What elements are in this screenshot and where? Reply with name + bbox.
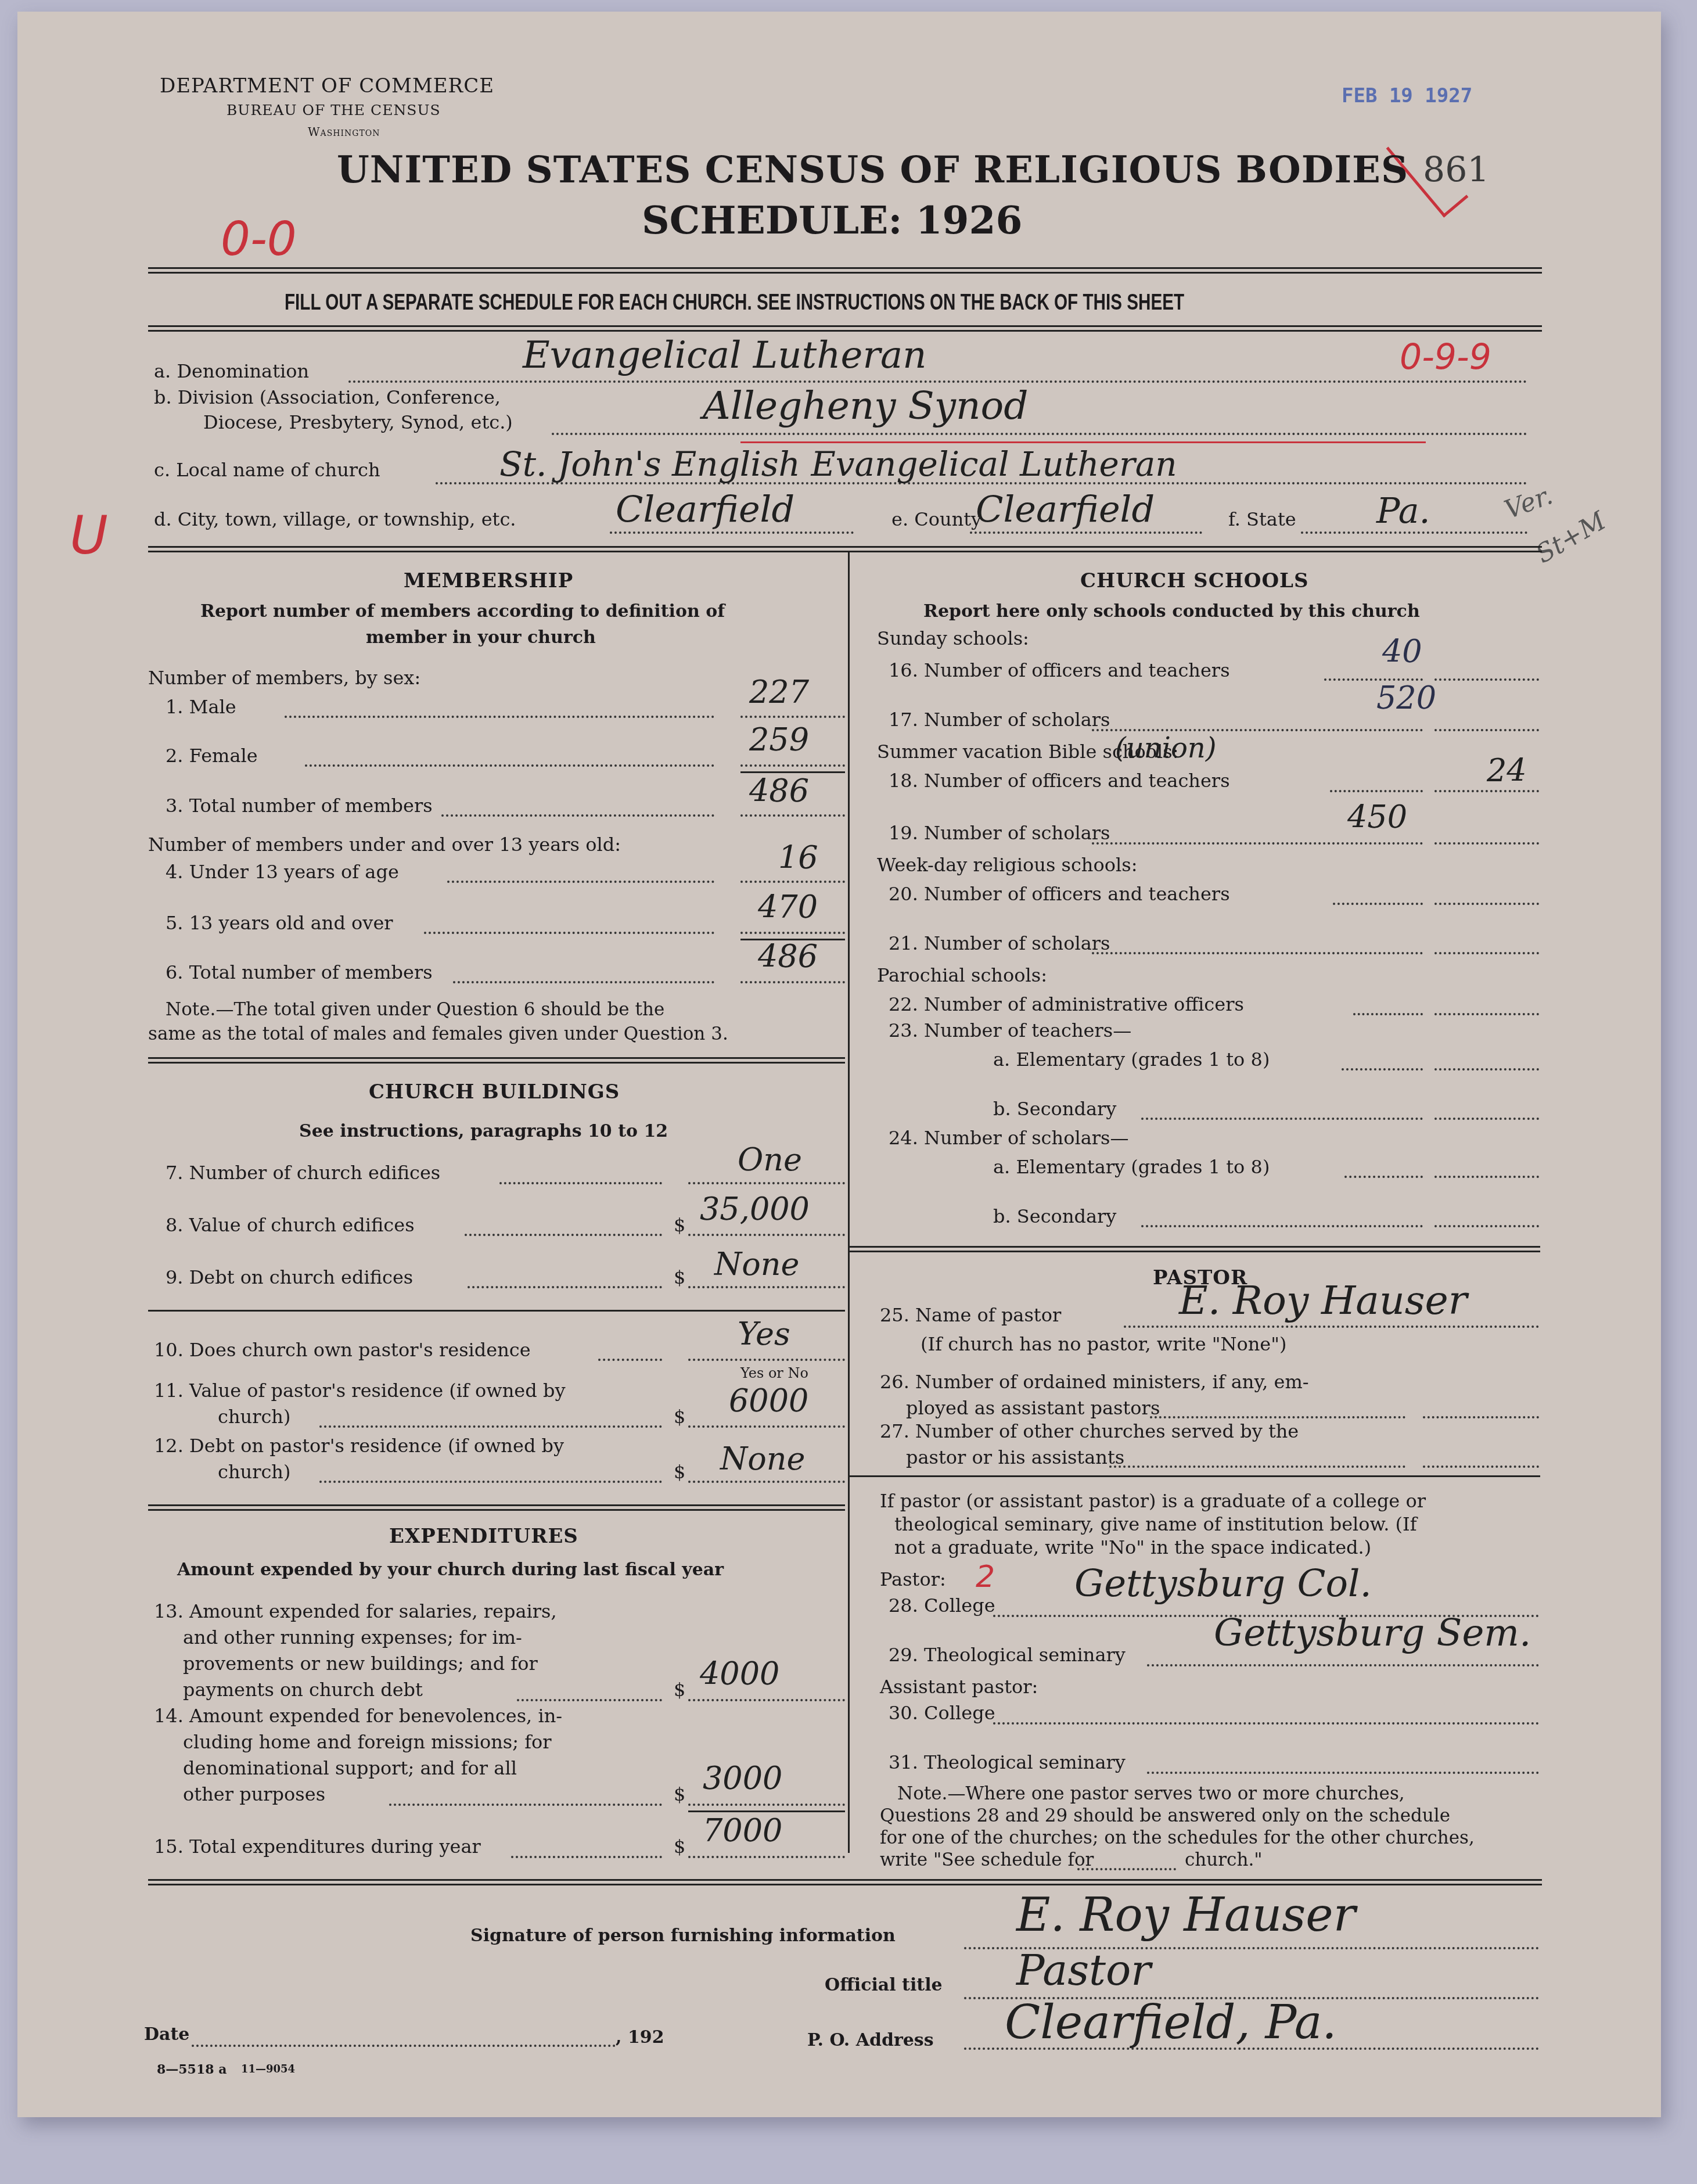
assistant-ministers-label-1: 26. Number of ordained ministers, if any… bbox=[880, 1371, 1309, 1393]
county-field[interactable]: Clearfield bbox=[976, 488, 1155, 530]
over-13-line bbox=[424, 932, 714, 934]
weekday-schools-label: Week-day religious schools: bbox=[877, 854, 1137, 876]
pastor-note-5: church." bbox=[1185, 1849, 1263, 1870]
residence-debt-value-line bbox=[688, 1481, 845, 1483]
over-13-value-line bbox=[740, 932, 845, 934]
assistant-seminary-field[interactable] bbox=[1147, 1772, 1539, 1774]
pastor-subsection-label: Pastor: bbox=[880, 1568, 946, 1590]
edifices-count-label: 7. Number of church edifices bbox=[166, 1162, 440, 1184]
state-line bbox=[1301, 531, 1527, 534]
pencil-margin-note-1: Ver. bbox=[1501, 480, 1556, 525]
running-expenses-label-2: and other running expenses; for im- bbox=[183, 1626, 522, 1648]
edifices-count-value-line bbox=[688, 1182, 845, 1184]
edifices-value-value-line bbox=[688, 1234, 845, 1236]
buildings-mid-divider bbox=[148, 1310, 845, 1312]
date-year-prefix: , 192 bbox=[616, 2027, 664, 2047]
scholars-elementary-value-field[interactable] bbox=[1434, 1176, 1539, 1178]
currency-symbol: $ bbox=[674, 1266, 685, 1288]
under-13-line bbox=[447, 881, 714, 883]
county-label: e. County bbox=[891, 508, 981, 530]
denomination-line bbox=[348, 380, 1527, 383]
benevolences-label-4: other purposes bbox=[183, 1783, 325, 1805]
weekday-scholars-field[interactable] bbox=[1092, 952, 1423, 954]
teachers-secondary-value-field[interactable] bbox=[1434, 1118, 1539, 1120]
expenditures-subheading: Amount expended by your church during la… bbox=[177, 1560, 724, 1580]
edifices-count-line bbox=[499, 1182, 662, 1184]
other-churches-label-1: 27. Number of other churches served by t… bbox=[880, 1420, 1299, 1442]
summer-teachers-label: 18. Number of officers and teachers bbox=[889, 770, 1230, 792]
weekday-teachers-label: 20. Number of officers and teachers bbox=[889, 883, 1230, 905]
teachers-elementary-field[interactable] bbox=[1342, 1068, 1423, 1071]
currency-symbol: $ bbox=[674, 1406, 685, 1428]
buildings-divider bbox=[148, 1504, 845, 1511]
summer-scholars-field[interactable]: 450 bbox=[1347, 799, 1407, 835]
membership-heading: MEMBERSHIP bbox=[404, 569, 573, 592]
date-field[interactable] bbox=[192, 2045, 616, 2047]
currency-symbol: $ bbox=[674, 1679, 685, 1701]
other-churches-label-2: pastor or his assistants bbox=[906, 1446, 1124, 1468]
pastor-name-field[interactable]: E. Roy Hauser bbox=[1179, 1278, 1467, 1324]
running-expenses-label-4: payments on church debt bbox=[183, 1679, 423, 1701]
sunday-schools-label: Sunday schools: bbox=[877, 627, 1029, 649]
signature-field[interactable]: E. Roy Hauser bbox=[1016, 1888, 1356, 1942]
owns-residence-label: 10. Does church own pastor's residence bbox=[154, 1339, 531, 1361]
date-label: Date bbox=[144, 2024, 189, 2045]
assistant-ministers-value-field[interactable] bbox=[1423, 1416, 1539, 1418]
signature-label: Signature of person furnishing informati… bbox=[470, 1926, 896, 1946]
sunday-scholars-field[interactable]: 520 bbox=[1376, 680, 1436, 716]
division-label-1: b. Division (Association, Conference, bbox=[154, 386, 501, 408]
po-address-label: P. O. Address bbox=[807, 2030, 934, 2050]
total-members-value-line bbox=[740, 814, 845, 817]
currency-symbol: $ bbox=[674, 1835, 685, 1858]
parochial-teachers-label: 23. Number of teachers— bbox=[889, 1019, 1131, 1041]
assistant-ministers-field[interactable] bbox=[1150, 1416, 1405, 1418]
division-field[interactable]: Allegheny Synod bbox=[703, 383, 1029, 428]
division-label-2: Diocese, Presbytery, Synod, etc.) bbox=[203, 411, 513, 433]
census-schedule-sheet: DEPARTMENT OF COMMERCE BUREAU OF THE CEN… bbox=[17, 12, 1661, 2117]
summer-scholars-line bbox=[1092, 842, 1423, 845]
edifices-debt-field[interactable]: None bbox=[714, 1246, 800, 1283]
assistant-ministers-label-2: ployed as assistant pastors bbox=[906, 1397, 1160, 1419]
pastor-note-3: for one of the churches; on the schedule… bbox=[880, 1827, 1475, 1848]
schools-heading: CHURCH SCHOOLS bbox=[1080, 569, 1309, 592]
pastor-name-line bbox=[1124, 1326, 1539, 1328]
official-title-label: Official title bbox=[825, 1975, 943, 1995]
running-expenses-field[interactable]: 4000 bbox=[700, 1655, 779, 1692]
state-label: f. State bbox=[1228, 508, 1296, 530]
edifices-value-line bbox=[465, 1234, 662, 1236]
expenditures-heading: EXPENDITURES bbox=[389, 1525, 578, 1548]
assistant-college-field[interactable] bbox=[993, 1722, 1539, 1725]
total-members-field[interactable]: 486 bbox=[749, 773, 809, 809]
church-name-field[interactable]: St. John's English Evangelical Lutheran bbox=[499, 444, 1177, 484]
bureau-name: BUREAU OF THE CENSUS bbox=[226, 102, 441, 118]
residence-value-label-2: church) bbox=[218, 1406, 290, 1428]
schools-subheading: Report here only schools conducted by th… bbox=[923, 601, 1420, 622]
by-sex-label: Number of members, by sex: bbox=[148, 667, 420, 689]
header-divider bbox=[148, 267, 1542, 274]
scholars-elementary-label: a. Elementary (grades 1 to 8) bbox=[993, 1156, 1270, 1178]
summer-teachers-line bbox=[1330, 790, 1423, 792]
po-address-field[interactable]: Clearfield, Pa. bbox=[1005, 1995, 1337, 2049]
edifices-value-field[interactable]: 35,000 bbox=[700, 1191, 810, 1227]
buildings-subheading: See instructions, paragraphs 10 to 12 bbox=[299, 1121, 668, 1141]
red-pastor-code: 2 bbox=[976, 1560, 995, 1594]
sunday-teachers-label: 16. Number of officers and teachers bbox=[889, 659, 1230, 681]
owns-residence-field[interactable]: Yes bbox=[738, 1316, 790, 1352]
assistant-pastor-label: Assistant pastor: bbox=[880, 1676, 1038, 1698]
under-13-label: 4. Under 13 years of age bbox=[166, 861, 399, 883]
total-members-2-line bbox=[453, 981, 714, 983]
benevolences-label-3: denominational support; and for all bbox=[183, 1757, 517, 1779]
print-number: 11—9054 bbox=[241, 2063, 295, 2075]
graduate-note-3: not a graduate, write "No" in the space … bbox=[894, 1536, 1371, 1558]
male-count-field[interactable]: 227 bbox=[749, 674, 809, 710]
total-members-2-field[interactable]: 486 bbox=[758, 938, 818, 975]
over-13-field[interactable]: 470 bbox=[758, 889, 818, 925]
membership-subheading-2: member in your church bbox=[366, 627, 596, 648]
edifices-value-label: 8. Value of church edifices bbox=[166, 1214, 415, 1236]
red-annotation-code: 0-0 bbox=[221, 212, 297, 266]
identification-divider bbox=[148, 546, 1542, 552]
summer-teachers-value-line bbox=[1434, 790, 1539, 792]
membership-note-2: same as the total of males and females g… bbox=[148, 1023, 728, 1044]
red-underline bbox=[740, 441, 1426, 443]
state-field[interactable]: Pa. bbox=[1376, 491, 1430, 531]
pastor-seminary-label: 29. Theological seminary bbox=[889, 1644, 1126, 1666]
admin-officers-value-field[interactable] bbox=[1434, 1013, 1539, 1015]
weekday-scholars-label: 21. Number of scholars bbox=[889, 932, 1110, 954]
fill-out-instruction: FILL OUT A SEPARATE SCHEDULE FOR EACH CH… bbox=[285, 290, 1184, 315]
pastor-college-label: 28. College bbox=[889, 1594, 995, 1617]
benevolences-label-2: cluding home and foreign missions; for bbox=[183, 1731, 552, 1753]
pastor-seminary-line bbox=[1147, 1664, 1539, 1666]
owns-residence-value-line bbox=[688, 1359, 845, 1361]
edifices-debt-value-line bbox=[688, 1286, 845, 1288]
sunday-scholars-line bbox=[1092, 729, 1423, 731]
total-members-label: 3. Total number of members bbox=[166, 795, 433, 817]
sunday-scholars-label: 17. Number of scholars bbox=[889, 709, 1110, 731]
total-expenditures-label: 15. Total expenditures during year bbox=[154, 1835, 481, 1858]
pastor-seminary-field[interactable]: Gettysburg Sem. bbox=[1214, 1612, 1531, 1655]
male-value-line bbox=[740, 716, 845, 718]
total-expenditures-value-line bbox=[688, 1856, 845, 1858]
pastor-mid-divider bbox=[849, 1475, 1540, 1477]
residence-value-value-line bbox=[688, 1425, 845, 1428]
scholars-secondary-label: b. Secondary bbox=[993, 1205, 1116, 1227]
male-label: 1. Male bbox=[166, 696, 236, 718]
under-13-value-line bbox=[740, 881, 845, 883]
male-line bbox=[285, 716, 714, 718]
female-value-line bbox=[740, 764, 845, 767]
denomination-label: a. Denomination bbox=[154, 360, 309, 382]
schools-divider bbox=[849, 1246, 1540, 1252]
benevolences-value-line bbox=[688, 1804, 845, 1806]
summer-scholars-label: 19. Number of scholars bbox=[889, 822, 1110, 844]
total-expenditures-line bbox=[511, 1856, 662, 1858]
denomination-field[interactable]: Evangelical Lutheran bbox=[523, 334, 926, 377]
female-count-field[interactable]: 259 bbox=[749, 721, 809, 758]
graduate-note-2: theological seminary, give name of insti… bbox=[894, 1513, 1417, 1535]
division-line bbox=[552, 433, 1527, 435]
edifices-debt-line bbox=[468, 1286, 662, 1288]
scholars-secondary-field[interactable] bbox=[1141, 1225, 1423, 1227]
red-margin-mark: U bbox=[70, 505, 108, 566]
total-members-2-label: 6. Total number of members bbox=[166, 961, 433, 983]
department-name: DEPARTMENT OF COMMERCE bbox=[160, 74, 494, 98]
other-churches-value-field[interactable] bbox=[1423, 1465, 1539, 1468]
scholars-elementary-field[interactable] bbox=[1344, 1176, 1423, 1178]
assistant-seminary-label: 31. Theological seminary bbox=[889, 1751, 1126, 1773]
female-label: 2. Female bbox=[166, 745, 258, 767]
benevolences-label-1: 14. Amount expended for benevolences, in… bbox=[154, 1705, 562, 1727]
running-expenses-value-line bbox=[688, 1699, 845, 1701]
under-13-field[interactable]: 16 bbox=[778, 839, 818, 876]
teachers-secondary-field[interactable] bbox=[1141, 1118, 1423, 1120]
sunday-teachers-value-line bbox=[1434, 678, 1539, 681]
admin-officers-field[interactable] bbox=[1353, 1013, 1423, 1015]
residence-value-field[interactable]: 6000 bbox=[729, 1382, 808, 1419]
pastor-name-label: 25. Name of pastor bbox=[880, 1304, 1061, 1326]
currency-symbol: $ bbox=[674, 1214, 685, 1236]
sunday-scholars-value-line bbox=[1434, 729, 1539, 731]
pencil-margin-note-2: St+M bbox=[1531, 506, 1611, 569]
city-name: Washington bbox=[308, 125, 380, 139]
schedule-year: SCHEDULE: 1926 bbox=[642, 197, 1022, 243]
pastor-college-field[interactable]: Gettysburg Col. bbox=[1074, 1562, 1372, 1605]
form-title: UNITED STATES CENSUS OF RELIGIOUS BODIES bbox=[337, 148, 1408, 192]
benevolences-line bbox=[389, 1804, 662, 1806]
weekday-scholars-value-field[interactable] bbox=[1434, 952, 1539, 954]
scholars-secondary-value-field[interactable] bbox=[1434, 1225, 1539, 1227]
parochial-scholars-label: 24. Number of scholars— bbox=[889, 1127, 1128, 1149]
pastor-note-1: Note.—Where one pastor serves two or mor… bbox=[897, 1783, 1405, 1804]
county-line bbox=[970, 531, 1202, 534]
summer-teachers-field[interactable]: 24 bbox=[1487, 752, 1527, 789]
residence-value-line bbox=[319, 1425, 662, 1428]
running-expenses-line bbox=[517, 1699, 662, 1701]
currency-symbol: $ bbox=[674, 1783, 685, 1805]
residence-debt-line bbox=[319, 1481, 662, 1483]
assistant-college-label: 30. College bbox=[889, 1702, 995, 1724]
received-date-stamp: FEB 19 1927 bbox=[1342, 84, 1472, 107]
teachers-elementary-value-field[interactable] bbox=[1434, 1068, 1539, 1071]
see-schedule-line bbox=[1077, 1868, 1176, 1870]
benevolences-field[interactable]: 3000 bbox=[703, 1760, 782, 1797]
admin-officers-label: 22. Number of administrative officers bbox=[889, 993, 1244, 1015]
sunday-teachers-field[interactable]: 40 bbox=[1382, 633, 1422, 670]
main-bottom-divider bbox=[148, 1879, 1542, 1885]
other-churches-field[interactable] bbox=[1109, 1465, 1405, 1468]
weekday-teachers-field[interactable] bbox=[1333, 903, 1423, 905]
city-line bbox=[610, 531, 854, 534]
owns-residence-line bbox=[598, 1359, 662, 1361]
summer-schools-note: (union) bbox=[1115, 732, 1216, 764]
city-label: d. City, town, village, or township, etc… bbox=[154, 508, 516, 530]
teachers-elementary-label: a. Elementary (grades 1 to 8) bbox=[993, 1048, 1270, 1071]
female-line bbox=[305, 764, 714, 767]
total-expenditures-field[interactable]: 7000 bbox=[703, 1812, 782, 1849]
official-title-field[interactable]: Pastor bbox=[1016, 1946, 1151, 1995]
city-field[interactable]: Clearfield bbox=[616, 488, 794, 530]
summer-scholars-value-line bbox=[1434, 842, 1539, 845]
by-age-label: Number of members under and over 13 year… bbox=[148, 834, 621, 856]
residence-value-label-1: 11. Value of pastor's residence (if owne… bbox=[154, 1380, 565, 1402]
teachers-secondary-label: b. Secondary bbox=[993, 1098, 1116, 1120]
currency-symbol: $ bbox=[674, 1461, 685, 1483]
graduate-note-1: If pastor (or assistant pastor) is a gra… bbox=[880, 1490, 1426, 1512]
running-expenses-label-1: 13. Amount expended for salaries, repair… bbox=[154, 1600, 557, 1622]
instruction-divider bbox=[148, 325, 1542, 332]
weekday-teachers-value-field[interactable] bbox=[1434, 903, 1539, 905]
column-divider bbox=[848, 552, 850, 1853]
residence-debt-label-1: 12. Debt on pastor's residence (if owned… bbox=[154, 1435, 564, 1457]
membership-divider bbox=[148, 1057, 845, 1064]
pastor-note-4: write "See schedule for bbox=[880, 1849, 1094, 1870]
membership-note-1: Note.—The total given under Question 6 s… bbox=[166, 999, 664, 1020]
yes-no-hint: Yes or No bbox=[740, 1365, 808, 1381]
running-expenses-label-3: provements or new buildings; and for bbox=[183, 1653, 538, 1675]
membership-subheading-1: Report number of members according to de… bbox=[200, 601, 725, 622]
edifices-count-field[interactable]: One bbox=[738, 1141, 802, 1178]
church-name-label: c. Local name of church bbox=[154, 459, 380, 481]
total-members-line bbox=[441, 814, 714, 817]
parochial-schools-label: Parochial schools: bbox=[877, 964, 1047, 986]
buildings-heading: CHURCH BUILDINGS bbox=[369, 1080, 620, 1104]
form-number: 8—5518 a bbox=[157, 2062, 226, 2077]
red-annotation-code-2: 0-9-9 bbox=[1400, 337, 1491, 378]
total-members-2-value-line bbox=[740, 981, 845, 983]
residence-debt-label-2: church) bbox=[218, 1461, 290, 1483]
pastor-name-hint: (If church has no pastor, write "None") bbox=[921, 1333, 1286, 1355]
over-13-label: 5. 13 years old and over bbox=[166, 912, 393, 934]
residence-debt-field[interactable]: None bbox=[720, 1441, 806, 1477]
edifices-debt-label: 9. Debt on church edifices bbox=[166, 1266, 413, 1288]
pastor-note-2: Questions 28 and 29 should be answered o… bbox=[880, 1805, 1450, 1826]
